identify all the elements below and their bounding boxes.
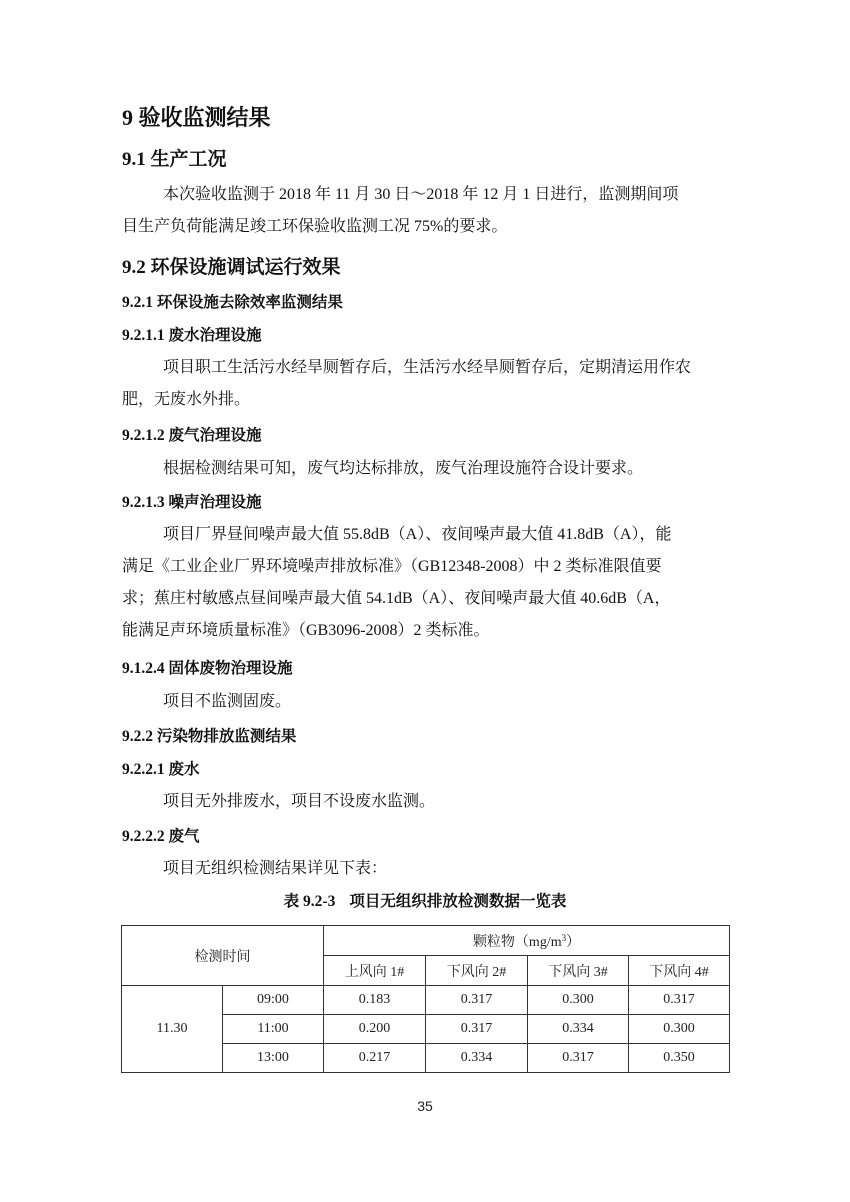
paragraph-9-2-2-2: 项目无组织检测结果详见下表：: [122, 858, 730, 890]
value-cell: 0.300: [528, 986, 629, 1015]
heading-9-2-2: 9.2.2 污染物排放监测结果: [122, 726, 730, 748]
page-number: 35: [0, 1098, 850, 1114]
column-header: 下风向 3#: [528, 956, 629, 986]
heading-9-2-1: 9.2.1 环保设施去除效率监测结果: [122, 292, 730, 314]
paragraph-9-1-2-4: 项目不监测固废。: [122, 691, 730, 723]
heading-9-2: 9.2 环保设施调试运行效果: [122, 255, 730, 281]
paragraph-9-2-1-1: 项目职工生活污水经旱厕暂存后，生活污水经旱厕暂存后，定期清运用作农 肥，无废水外…: [122, 357, 730, 421]
heading-9: 9 验收监测结果: [122, 103, 730, 133]
table-caption-title: 项目无组织排放检测数据一览表: [349, 893, 566, 910]
column-header: 下风向 4#: [629, 956, 730, 986]
value-cell: 0.317: [426, 986, 528, 1015]
paragraph-line: 项目厂界昼间噪声最大值 55.8dB（A）、夜间噪声最大值 41.8dB（A），…: [122, 524, 730, 556]
table-caption-number: 表 9.2-3: [284, 893, 336, 910]
heading-9-2-1-1: 9.2.1.1 废水治理设施: [122, 325, 730, 347]
heading-9-1: 9.1 生产工况: [122, 147, 730, 173]
paragraph-line: 求；蕉庄村敏感点昼间噪声最大值 54.1dB（A）、夜间噪声最大值 40.6dB…: [122, 588, 730, 620]
paragraph-line: 根据检测结果可知，废气均达标排放，废气治理设施符合设计要求。: [122, 458, 730, 490]
time-cell: 11:00: [223, 1015, 324, 1044]
paragraph-line: 项目无外排废水，项目不设废水监测。: [122, 791, 730, 823]
value-cell: 0.334: [528, 1015, 629, 1044]
paragraph-line: 项目不监测固废。: [122, 691, 730, 723]
column-header: 下风向 2#: [426, 956, 528, 986]
header-particulate-matter: 颗粒物（mg/m3）: [324, 926, 730, 956]
column-header: 上风向 1#: [324, 956, 426, 986]
paragraph-9-1: 本次验收监测于 2018 年 11 月 30 日～2018 年 12 月 1 日…: [122, 184, 730, 248]
paragraph-line: 项目职工生活污水经旱厕暂存后，生活污水经旱厕暂存后，定期清运用作农: [122, 357, 730, 389]
value-cell: 0.334: [426, 1044, 528, 1073]
paragraph-line: 能满足声环境质量标准》（GB3096-2008）2 类标准。: [122, 620, 730, 652]
value-cell: 0.317: [629, 986, 730, 1015]
value-cell: 0.317: [426, 1015, 528, 1044]
paragraph-line: 肥，无废水外排。: [122, 389, 730, 421]
value-cell: 0.317: [528, 1044, 629, 1073]
time-cell: 13:00: [223, 1044, 324, 1073]
document-page: 9 验收监测结果 9.1 生产工况 本次验收监测于 2018 年 11 月 30…: [0, 0, 850, 1202]
value-cell: 0.300: [629, 1015, 730, 1044]
value-cell: 0.200: [324, 1015, 426, 1044]
paragraph-9-2-1-2: 根据检测结果可知，废气均达标排放，废气治理设施符合设计要求。: [122, 458, 730, 490]
heading-9-2-2-1: 9.2.2.1 废水: [122, 759, 730, 781]
emission-data-table: 检测时间 颗粒物（mg/m3） 上风向 1# 下风向 2# 下风向 3# 下风向…: [121, 925, 730, 1073]
paragraph-line: 本次验收监测于 2018 年 11 月 30 日～2018 年 12 月 1 日…: [122, 184, 730, 216]
heading-9-2-1-3: 9.2.1.3 噪声治理设施: [122, 492, 730, 514]
paragraph-line: 项目无组织检测结果详见下表：: [122, 858, 730, 890]
value-cell: 0.217: [324, 1044, 426, 1073]
header-detection-time: 检测时间: [122, 926, 324, 986]
header-group-end: ）: [566, 935, 580, 950]
paragraph-9-2-1-3: 项目厂界昼间噪声最大值 55.8dB（A）、夜间噪声最大值 41.8dB（A），…: [122, 524, 730, 652]
table-caption: 表 9.2-3项目无组织排放检测数据一览表: [0, 891, 850, 913]
paragraph-line: 满足《工业企业厂界环境噪声排放标准》（GB12348-2008）中 2 类标准限…: [122, 556, 730, 588]
value-cell: 0.350: [629, 1044, 730, 1073]
time-cell: 09:00: [223, 986, 324, 1015]
table-row: 11.30 09:00 0.183 0.317 0.300 0.317: [122, 986, 730, 1015]
value-cell: 0.183: [324, 986, 426, 1015]
paragraph-9-2-2-1: 项目无外排废水，项目不设废水监测。: [122, 791, 730, 823]
paragraph-line: 目生产负荷能满足竣工环保验收监测工况 75%的要求。: [122, 216, 730, 248]
date-cell: 11.30: [122, 986, 223, 1073]
heading-9-2-1-2: 9.2.1.2 废气治理设施: [122, 425, 730, 447]
heading-9-1-2-4: 9.1.2.4 固体废物治理设施: [122, 658, 730, 680]
header-group-text: 颗粒物（mg/m: [473, 935, 562, 950]
heading-9-2-2-2: 9.2.2.2 废气: [122, 826, 730, 848]
